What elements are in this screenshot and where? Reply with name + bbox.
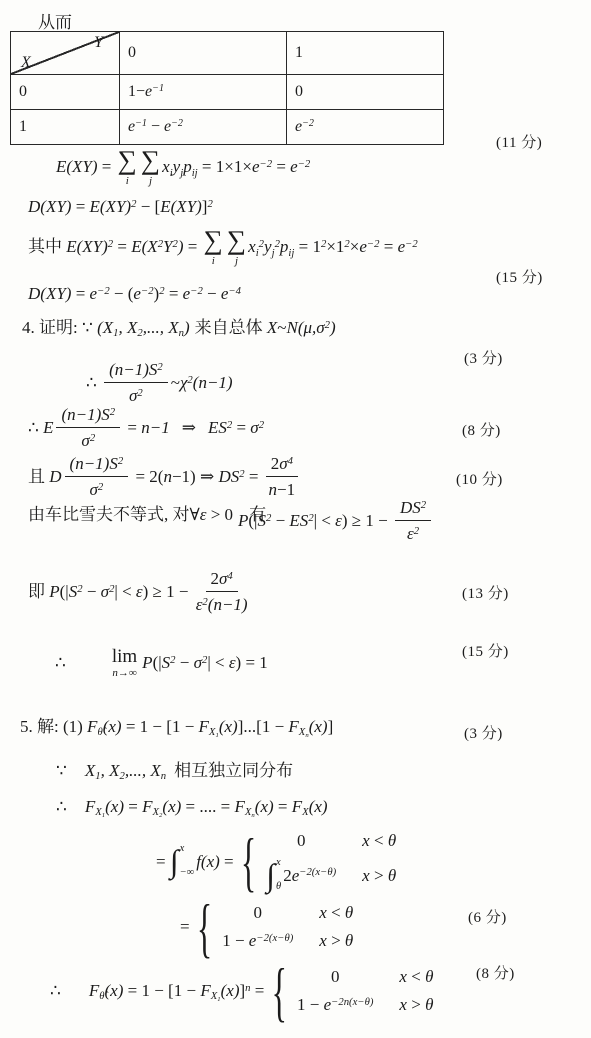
formula-d-xy-def: D(XY) = E(XY)2 − [E(XY)]2	[28, 196, 213, 217]
table-cell-x1-y1: e−2	[287, 110, 444, 145]
table-col-header-0: 0	[120, 32, 287, 75]
score-mark-3a: (3 分)	[464, 347, 503, 368]
table-cell-x0-y0: 1−e−1	[120, 75, 287, 110]
joint-distribution-table: Y X 0 1 0 1−e−1 0 1 e−1 − e−2 e−2	[10, 31, 444, 145]
formula-limit: ∴limn→∞P(|S2 − σ2| < ε) = 1	[55, 647, 268, 679]
table-row-header-0: 0	[11, 75, 120, 110]
formula-d-xy-expand: 其中 E(XY)2 = E(X2Y2) = ∑i∑jxi2yj2pij = 12…	[28, 227, 418, 267]
corner-x-label: X	[21, 54, 31, 72]
corner-y-label: Y	[94, 34, 103, 52]
scanned-exam-solution-page: 从而 Y X 0 1 0 1−e−1 0 1 e−1 − e−2 e−2	[0, 0, 591, 1038]
score-mark-11: (11 分)	[496, 131, 542, 152]
score-mark-15a: (15 分)	[496, 266, 543, 287]
score-mark-8b: (8 分)	[476, 962, 515, 983]
table-row-header-1: 1	[11, 110, 120, 145]
text-iid: ∵X1, X2,..., Xn相互独立同分布	[56, 760, 293, 781]
table-header-row: Y X 0 1	[11, 32, 444, 75]
table-row-x0: 0 1−e−1 0	[11, 75, 444, 110]
score-mark-13: (13 分)	[462, 582, 509, 603]
formula-cases-simplified: = {0x < θ1 − e−2(x−θ)x > θ	[180, 902, 369, 952]
formula-chebyshev-inequality: P(|S2 − ES2| < ε) ≥ 1 − DS2ε2	[238, 497, 434, 545]
score-mark-10: (10 分)	[456, 468, 503, 489]
formula-problem4-given: 4. 证明: ∵ (X1, X2,..., Xn)来自总体 X~N(μ,σ2)	[22, 317, 336, 338]
formula-variance-s2: 且 D(n−1)S2σ2 = 2(n−1) ⇒ DS2 = 2σ4n−1	[28, 453, 301, 501]
table-corner-cell: Y X	[11, 32, 120, 75]
formula-integral-cases: = ∫x−∞f(x) = {0x < θ∫xθ2e−2(x−θ)x > θ	[156, 830, 412, 892]
score-mark-15b: (15 分)	[462, 640, 509, 661]
formula-chi-square: ∴ (n−1)S2σ2~χ2(n−1)	[86, 359, 233, 407]
formula-ji-inequality: 即 P(|S2 − σ2| < ε) ≥ 1 − 2σ4ε2(n−1)	[28, 568, 251, 616]
table-col-header-1: 1	[287, 32, 444, 75]
formula-fx-equal: ∴FX1(x) = FX2(x) = .... = FXn(x) = FX(x)	[56, 796, 328, 817]
text-chebyshev: 由车比雪夫不等式, 对∀ε > 0有	[28, 504, 266, 525]
formula-expectation-s2: ∴ E(n−1)S2σ2 = n−1⇒ES2 = σ2	[28, 404, 264, 452]
formula-problem5-f-def: 5. 解: (1) Fθ̂(x) = 1 − [1 − FX1(x)]...[1…	[20, 716, 333, 737]
formula-d-xy-result: D(XY) = e−2 − (e−2)2 = e−2 − e−4	[28, 283, 241, 304]
formula-final-result: ∴Fθ̂(x) = 1 − [1 − FX1(x)]n = {0x < θ1 −…	[50, 966, 449, 1016]
formula-e-xy: E(XY) = ∑i∑jxiyjpij = 1×1×e−2 = e−2	[56, 147, 310, 187]
score-mark-6: (6 分)	[468, 906, 507, 927]
table-cell-x1-y0: e−1 − e−2	[120, 110, 287, 145]
score-mark-3b: (3 分)	[464, 722, 503, 743]
score-mark-8a: (8 分)	[462, 419, 501, 440]
table-cell-x0-y1: 0	[287, 75, 444, 110]
table-row-x1: 1 e−1 − e−2 e−2	[11, 110, 444, 145]
